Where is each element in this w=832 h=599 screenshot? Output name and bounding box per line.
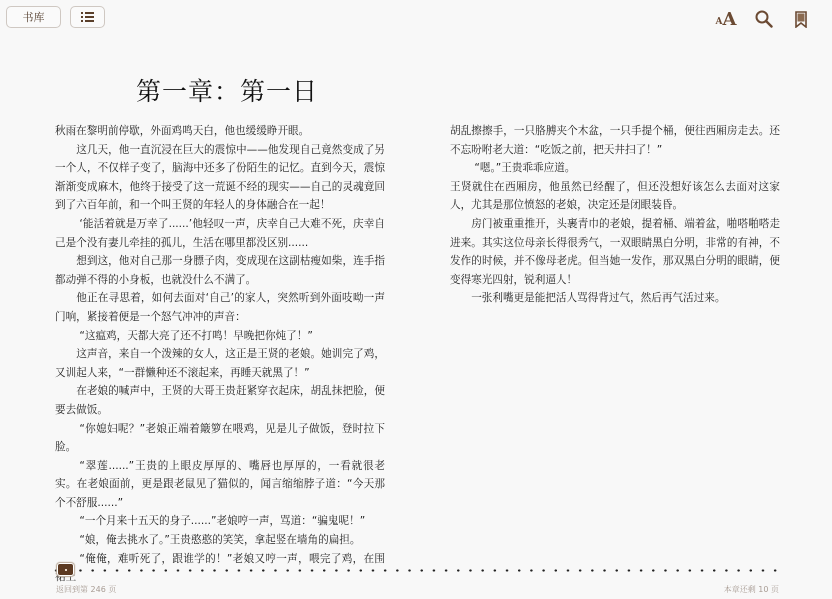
- search-icon: [755, 10, 773, 28]
- list-icon: [81, 12, 94, 22]
- paragraph: 胡乱擦擦手，一只胳膊夹个木盆，一只手提个桶，便往西厢房走去。还不忘吩咐老大道：“…: [450, 122, 780, 159]
- bookmark-button[interactable]: [793, 8, 809, 30]
- page-scrubber[interactable]: [54, 563, 780, 577]
- paragraph: 这几天，他一直沉浸在巨大的震惊中——他发现自己竟然变成了另一个人，不仅样子变了，…: [55, 141, 385, 215]
- paragraph: 秋雨在黎明前停歇，外面鸡鸣天白，他也缓缓睁开眼。: [55, 122, 385, 141]
- paragraph: ‘能活着就是万幸了......’他轻叹一声，庆幸自己大难不死，庆幸自己是个没有妻…: [55, 215, 385, 252]
- paragraph: “娘，俺去挑水了。”王贵憨憨的笑笑，拿起竖在墙角的扁担。: [55, 531, 385, 550]
- library-button[interactable]: 书库: [6, 6, 61, 28]
- paragraph: “翠莲......”王贵的上眼皮厚厚的、嘴唇也厚厚的，一看就很老实。在老娘面前，…: [55, 457, 385, 513]
- library-button-label: 书库: [23, 9, 45, 25]
- paragraph: “一个月来十五天的身子......”老娘哼一声，骂道：“骗鬼呢！”: [55, 512, 385, 531]
- paragraph: “你媳妇呢？”老娘正端着簸箩在喂鸡，见是儿子做饭，登时拉下脸。: [55, 420, 385, 457]
- paragraph: 这声音，来自一个泼辣的女人，这正是王贤的老娘。她训完了鸡，又训起人来，“一群懒种…: [55, 345, 385, 382]
- page-scrubber-thumb[interactable]: [57, 563, 74, 576]
- paragraph: 在老娘的喊声中，王贤的大哥王贵赶紧穿衣起床，胡乱抹把脸，便要去做饭。: [55, 382, 385, 419]
- paragraph: 房门被重重推开，头裹青巾的老娘，提着桶、端着盆，啪嗒啪嗒走进来。其实这位母亲长得…: [450, 215, 780, 289]
- paragraph: 他正在寻思着，如何去面对‘自己’的家人，突然听到外面吱呦一声门响，紧接着便是一个…: [55, 289, 385, 326]
- pages-remaining-label: 本章还剩 10 页: [724, 584, 779, 595]
- chapter-title: 第一章：第一日: [136, 72, 318, 108]
- search-button[interactable]: [753, 8, 775, 30]
- right-page-text: 胡乱擦擦手，一只胳膊夹个木盆，一只手提个桶，便往西厢房走去。还不忘吩咐老大道：“…: [450, 122, 780, 308]
- font-size-small-glyph: A: [716, 17, 723, 27]
- return-to-page-link[interactable]: 返回到第 246 页: [56, 584, 116, 595]
- paragraph: “这瘟鸡，天都大亮了还不打鸣！早晚把你炖了！”: [55, 327, 385, 346]
- font-size-large-glyph: A: [723, 9, 737, 30]
- table-of-contents-button[interactable]: [70, 6, 105, 28]
- paragraph: 一张利嘴更是能把活人骂得背过气，然后再气活过来。: [450, 289, 780, 308]
- left-page-text: 秋雨在黎明前停歇，外面鸡鸣天白，他也缓缓睁开眼。这几天，他一直沉浸在巨大的震惊中…: [55, 122, 385, 587]
- page-scrubber-dots[interactable]: [54, 569, 780, 572]
- paragraph: 王贤就住在西厢房，他虽然已经醒了，但还没想好该怎么去面对这家人，尤其是那位愤怒的…: [450, 178, 780, 215]
- paragraph: “嗯。”王贵乖乖应道。: [450, 159, 780, 178]
- font-size-button[interactable]: AA: [713, 8, 739, 30]
- paragraph: 想到这，他对自己那一身膘子肉，变成现在这副枯瘦如柴，连手指都动弹不得的小身板，也…: [55, 252, 385, 289]
- bookmark-icon: [795, 11, 807, 28]
